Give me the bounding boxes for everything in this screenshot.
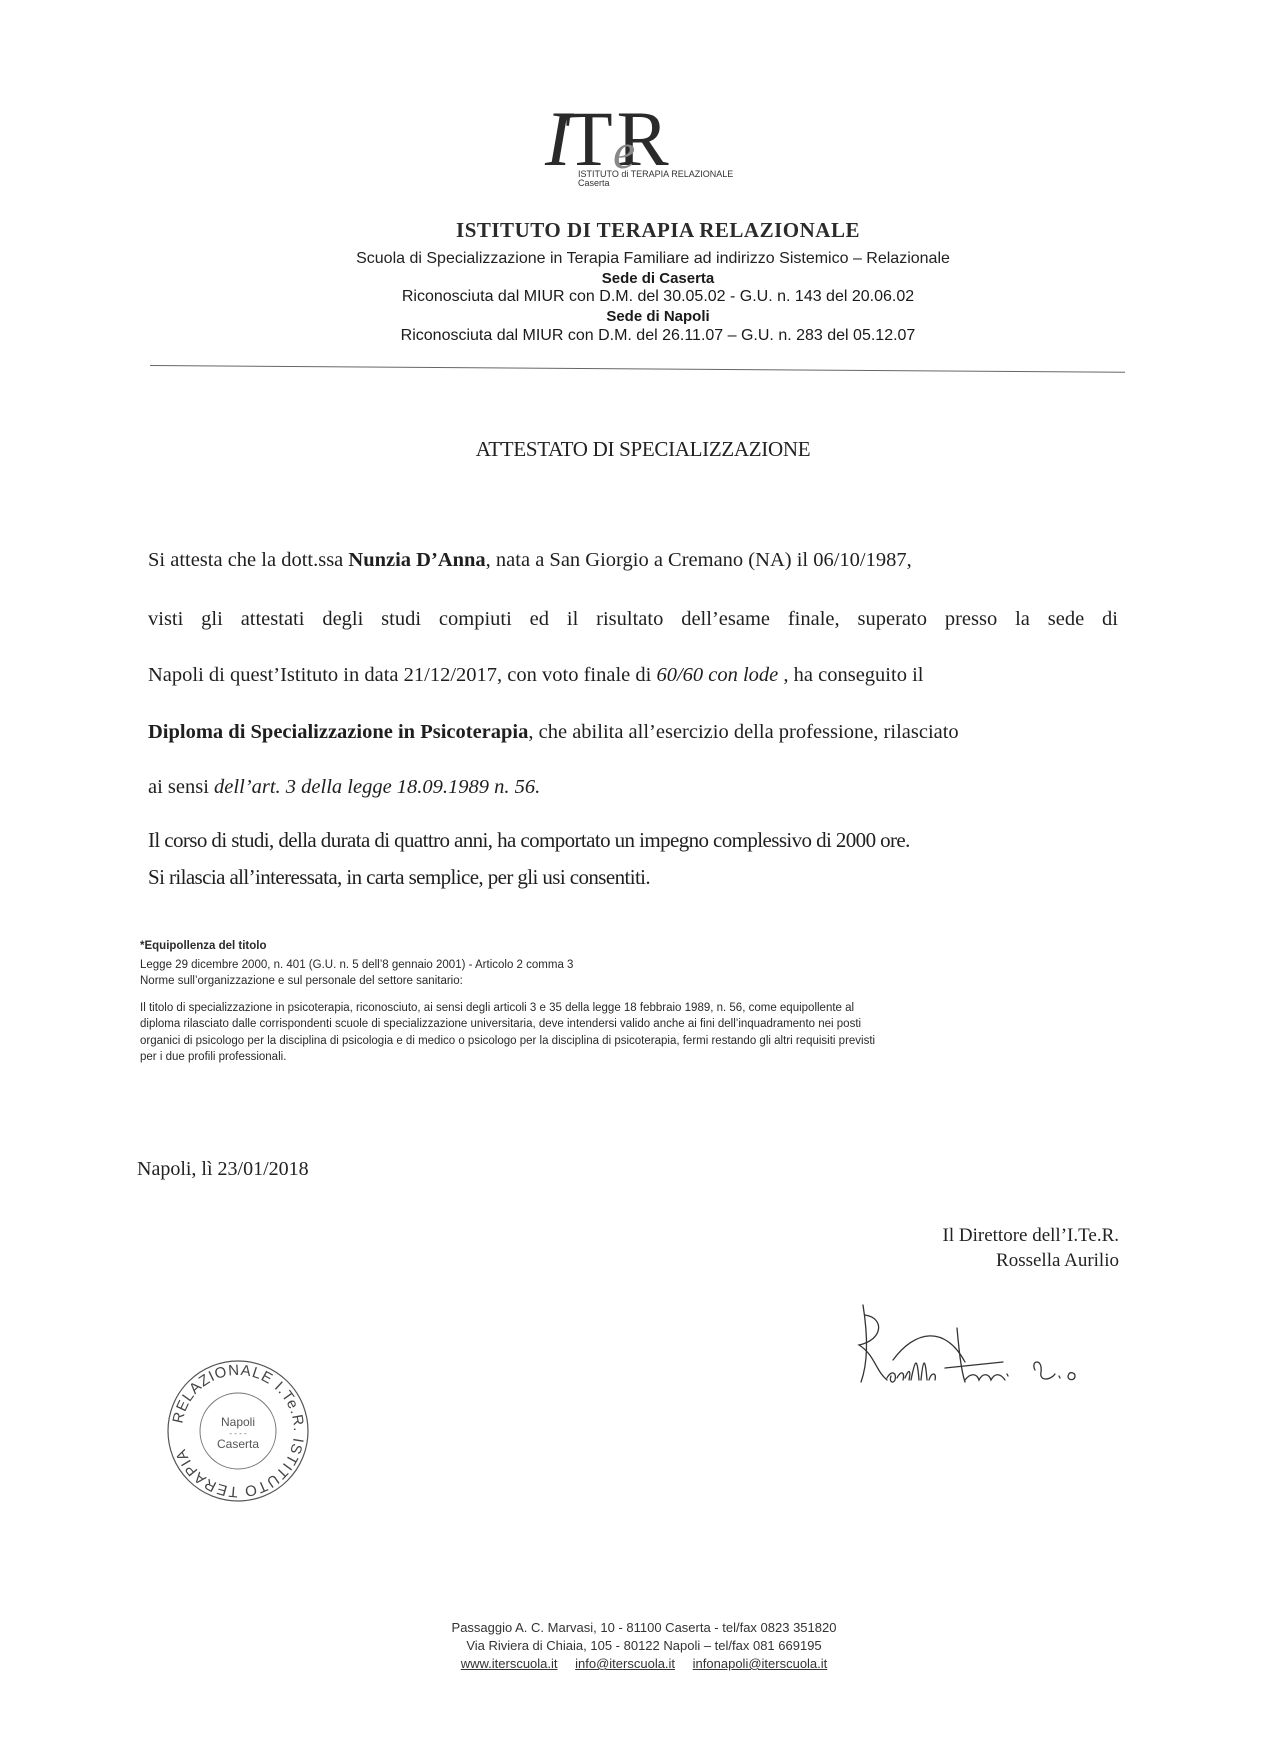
sede-napoli-text: Riconosciuta dal MIUR con D.M. del 26.11… [0,327,1276,345]
document-title: ATTESTATO DI SPECIALIZZAZIONE [0,437,1276,462]
text-fragment: , ha conseguito il [778,664,923,686]
institute-stamp-icon: RELAZIONALE I.Te.R. ISTITUTO TERAPIA Nap… [163,1356,313,1506]
text-fragment: , che abilita all’esercizio della profes… [528,721,958,743]
stamp-center-bottom: Caserta [217,1437,259,1451]
footer-address-caserta: Passaggio A. C. Marvasi, 10 - 81100 Case… [0,1619,1276,1637]
footnote-line: Norme sull’organizzazione e sul personal… [140,974,463,989]
footnote-line: organici di psicologo per la disciplina … [140,1034,875,1049]
recipient-name: Nunzia D’Anna [348,549,485,571]
email-info-link[interactable]: info@iterscuola.it [575,1656,675,1671]
director-name: Rossella Aurilio [996,1250,1119,1272]
body-line-4: Diploma di Specializzazione in Psicotera… [148,720,1118,744]
text-fragment: , nata a San Giorgio a Cremano (NA) il 0… [486,549,912,571]
final-grade: 60/60 con lode [656,664,778,686]
header-divider [150,365,1125,373]
body-line-1: Si attesta che la dott.ssa Nunzia D’Anna… [148,548,1118,572]
law-reference: dell’art. 3 della legge 18.09.1989 n. 56… [214,776,540,798]
logo-letter-i: I [545,100,565,178]
signature-icon [845,1300,1105,1410]
sede-napoli-label: Sede di Napoli [0,308,1276,325]
footer-address-napoli: Via Riviera di Chiaia, 105 - 80122 Napol… [0,1637,1276,1655]
place-and-date: Napoli, lì 23/01/2018 [137,1158,309,1181]
institute-name: ISTITUTO DI TERAPIA RELAZIONALE [0,218,1276,243]
logo-subtitle: ISTITUTO di TERAPIA RELAZIONALE Caserta [578,170,733,188]
footnote-line: diploma rilasciato dalle corrispondenti … [140,1017,861,1032]
diploma-name: Diploma di Specializzazione in Psicotera… [148,721,528,743]
body-line-2: visti gli attestati degli studi compiuti… [148,607,1118,631]
footer-links: www.iterscuola.it info@iterscuola.it inf… [0,1655,1276,1673]
director-title: Il Direttore dell’I.Te.R. [943,1225,1119,1247]
footnote-heading: *Equipollenza del titolo [140,939,267,954]
body-line-3: Napoli di quest’Istituto in data 21/12/2… [148,663,1118,687]
logo-letter-t: T [565,100,607,178]
text-fragment: ai sensi [148,776,214,798]
stamp-center-top: Napoli [221,1415,255,1429]
sede-caserta-label: Sede di Caserta [0,270,1276,287]
footnote-line: Legge 29 dicembre 2000, n. 401 (G.U. n. … [140,958,573,973]
school-description: Scuola di Specializzazione in Terapia Fa… [0,250,1276,268]
sede-caserta-text: Riconosciuta dal MIUR con D.M. del 30.05… [0,288,1276,306]
course-duration-text: Il corso di studi, della durata di quatt… [148,828,1118,852]
logo-subtitle-line2: Caserta [578,179,733,188]
footnote-line: Il titolo di specializzazione in psicote… [140,1001,854,1016]
website-link[interactable]: www.iterscuola.it [461,1656,558,1671]
issuance-text: Si rilascia all’interessata, in carta se… [148,865,1118,889]
text-fragment: Si attesta che la dott.ssa [148,549,348,571]
footnote-line: per i due profili professionali. [140,1050,286,1065]
institute-logo: ITR e ISTITUTO di TERAPIA RELAZIONALE Ca… [545,100,785,190]
logo-letters: ITR [545,100,663,178]
email-napoli-link[interactable]: infonapoli@iterscuola.it [693,1656,828,1671]
text-fragment: Napoli di quest’Istituto in data 21/12/2… [148,664,656,686]
body-line-5: ai sensi dell’art. 3 della legge 18.09.1… [148,775,1118,799]
